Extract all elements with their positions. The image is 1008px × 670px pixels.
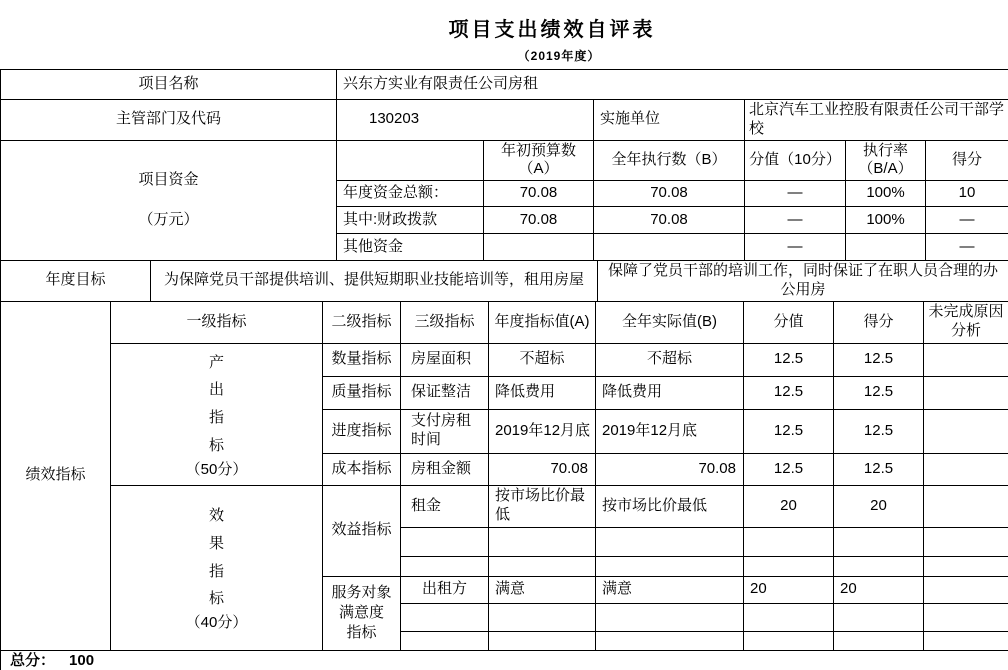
perf-weight: 12.5 — [744, 409, 834, 453]
perf-l3: 保证整洁 — [401, 376, 489, 409]
perf-target — [489, 631, 596, 650]
perf-score: 20 — [834, 485, 924, 527]
perf-l2: 质量指标 — [323, 376, 401, 409]
table-dept: 主管部门及代码 130203 实施单位 北京汽车工业控股有限责任公司干部学校 — [0, 99, 1008, 141]
satisfaction-label: 服务对象 满意度 指标 — [323, 576, 401, 650]
funds-col-budget: 年初预算数（A） — [484, 140, 594, 181]
perf-target — [489, 556, 596, 576]
perf-col-actual: 全年实际值(B) — [596, 301, 744, 343]
perf-col-score: 得分 — [834, 301, 924, 343]
funds-rate: 100% — [846, 207, 926, 234]
perf-col-l1: 一级指标 — [111, 301, 323, 343]
effect-group-label: 效果指标 — [208, 502, 226, 613]
perf-actual: 70.08 — [596, 453, 744, 485]
perf-reason — [924, 376, 1008, 409]
perf-reason — [924, 576, 1008, 603]
perf-actual: 满意 — [596, 576, 744, 603]
funds-rate: 100% — [846, 181, 926, 207]
perf-weight: 12.5 — [744, 453, 834, 485]
perf-target: 不超标 — [489, 343, 596, 376]
perf-actual: 降低费用 — [596, 376, 744, 409]
benefit-label: 效益指标 — [323, 485, 401, 576]
total-score-label: 总分： — [10, 652, 55, 669]
total-score-value: 100 — [69, 652, 94, 669]
perf-weight: 12.5 — [744, 343, 834, 376]
perf-reason — [924, 527, 1008, 556]
perf-l3: 房屋面积 — [401, 343, 489, 376]
perf-score: 12.5 — [834, 343, 924, 376]
perf-l3: 出租方 — [401, 576, 489, 603]
funds-row-name: 其他资金 — [337, 234, 484, 261]
funds-exec — [594, 234, 745, 261]
perf-target: 按市场比价最低 — [489, 485, 596, 527]
total-score-cell: 总分：100 — [1, 650, 1008, 670]
perf-col-l2: 二级指标 — [323, 301, 401, 343]
perf-l3: 房租金额 — [401, 453, 489, 485]
perf-col-reason: 未完成原因分析 — [924, 301, 1008, 343]
funds-row-name: 年度资金总额： — [337, 181, 484, 207]
perf-target: 降低费用 — [489, 376, 596, 409]
funds-col-weight: 分值（10分） — [745, 140, 846, 181]
project-name-value: 兴东方实业有限责任公司房租 — [337, 70, 1008, 100]
perf-weight: 20 — [744, 576, 834, 603]
dept-code: 130203 — [337, 100, 594, 141]
funds-col-rate: 执行率（B/A） — [846, 140, 926, 181]
perf-col-target: 年度指标值(A) — [489, 301, 596, 343]
table-performance: 绩效指标 一级指标 二级指标 三级指标 年度指标值(A) 全年实际值(B) 分值… — [0, 301, 1008, 651]
funds-blank-header — [337, 140, 484, 181]
perf-actual: 不超标 — [596, 343, 744, 376]
title-block: 项目支出绩效自评表 （2019年度） — [0, 0, 1008, 70]
perf-weight — [744, 556, 834, 576]
perf-score: 20 — [834, 576, 924, 603]
perf-target: 满意 — [489, 576, 596, 603]
page-title: 项目支出绩效自评表 — [96, 13, 1008, 42]
perf-l3: 租金 — [401, 485, 489, 527]
page-subtitle: （2019年度） — [110, 47, 1008, 64]
funds-weight: — — [745, 181, 846, 207]
perf-actual — [596, 631, 744, 650]
goal-label: 年度目标 — [1, 261, 151, 302]
perf-row-quantity: 产出指标 （50分） 数量指标 房屋面积 不超标 不超标 12.5 12.5 — [1, 343, 1008, 376]
funds-rate — [846, 234, 926, 261]
perf-target — [489, 603, 596, 631]
effect-group-note: （40分） — [115, 614, 318, 633]
perf-actual — [596, 603, 744, 631]
project-name-label: 项目名称 — [1, 70, 337, 100]
perf-target: 2019年12月底 — [489, 409, 596, 453]
perf-actual: 按市场比价最低 — [596, 485, 744, 527]
perf-reason — [924, 485, 1008, 527]
funds-label-cell: 项目资金 （万元） — [1, 140, 337, 261]
funds-col-exec: 全年执行数（B） — [594, 140, 745, 181]
page: 项目支出绩效自评表 （2019年度） 项目名称 兴东方实业有限责任公司房租 主管… — [0, 0, 1008, 670]
perf-l2: 成本指标 — [323, 453, 401, 485]
goal-plan: 为保障党员干部提供培训、提供短期职业技能培训等，租用房屋 — [151, 261, 598, 302]
perf-weight — [744, 527, 834, 556]
perf-score — [834, 556, 924, 576]
impl-unit-value: 北京汽车工业控股有限责任公司干部学校 — [745, 100, 1008, 141]
perf-weight: 12.5 — [744, 376, 834, 409]
funds-budget — [484, 234, 594, 261]
perf-weight: 20 — [744, 485, 834, 527]
output-group-cell: 产出指标 （50分） — [111, 343, 323, 485]
table-goal: 年度目标 为保障党员干部提供培训、提供短期职业技能培训等，租用房屋 保障了党员干… — [0, 260, 1008, 302]
perf-score: 12.5 — [834, 453, 924, 485]
perf-l3 — [401, 556, 489, 576]
perf-l3: 支付房租时间 — [401, 409, 489, 453]
perf-reason — [924, 453, 1008, 485]
perf-score: 12.5 — [834, 376, 924, 409]
perf-l3 — [401, 631, 489, 650]
funds-exec: 70.08 — [594, 207, 745, 234]
perf-col-weight: 分值 — [744, 301, 834, 343]
goal-result: 保障了党员干部的培训工作，同时保证了在职人员合理的办公用房 — [598, 261, 1008, 302]
perf-score: 12.5 — [834, 409, 924, 453]
perf-actual — [596, 527, 744, 556]
table-total: 总分：100 — [0, 650, 1008, 670]
perf-l3 — [401, 527, 489, 556]
funds-row-name: 其中:财政拨款 — [337, 207, 484, 234]
funds-exec: 70.08 — [594, 181, 745, 207]
perf-score — [834, 603, 924, 631]
effect-group-cell: 效果指标 （40分） — [111, 485, 323, 650]
perf-weight — [744, 631, 834, 650]
perf-col-l3: 三级指标 — [401, 301, 489, 343]
table-project-name: 项目名称 兴东方实业有限责任公司房租 — [0, 69, 1008, 100]
perf-target: 70.08 — [489, 453, 596, 485]
perf-weight — [744, 603, 834, 631]
output-group-note: （50分） — [115, 461, 318, 480]
perf-actual: 2019年12月底 — [596, 409, 744, 453]
perf-score — [834, 527, 924, 556]
perf-reason — [924, 343, 1008, 376]
perf-l2: 进度指标 — [323, 409, 401, 453]
perf-reason — [924, 631, 1008, 650]
perf-actual — [596, 556, 744, 576]
funds-score: — — [926, 234, 1008, 261]
table-funds: 项目资金 （万元） 年初预算数（A） 全年执行数（B） 分值（10分） 执行率（… — [0, 140, 1008, 262]
output-group-label: 产出指标 — [208, 349, 226, 460]
funds-budget: 70.08 — [484, 207, 594, 234]
funds-budget: 70.08 — [484, 181, 594, 207]
perf-reason — [924, 556, 1008, 576]
perf-l2: 数量指标 — [323, 343, 401, 376]
funds-unit: （万元） — [5, 211, 332, 230]
funds-score: — — [926, 207, 1008, 234]
funds-weight: — — [745, 207, 846, 234]
dept-label: 主管部门及代码 — [1, 100, 337, 141]
perf-l3 — [401, 603, 489, 631]
perf-reason — [924, 409, 1008, 453]
perf-score — [834, 631, 924, 650]
funds-label: 项目资金 — [5, 171, 332, 190]
funds-weight: — — [745, 234, 846, 261]
perf-row-rent: 效果指标 （40分） 效益指标 租金 按市场比价最低 按市场比价最低 20 20 — [1, 485, 1008, 527]
funds-score: 10 — [926, 181, 1008, 207]
funds-col-score: 得分 — [926, 140, 1008, 181]
perf-label: 绩效指标 — [1, 301, 111, 650]
perf-reason — [924, 603, 1008, 631]
impl-unit-label: 实施单位 — [594, 100, 745, 141]
perf-target — [489, 527, 596, 556]
